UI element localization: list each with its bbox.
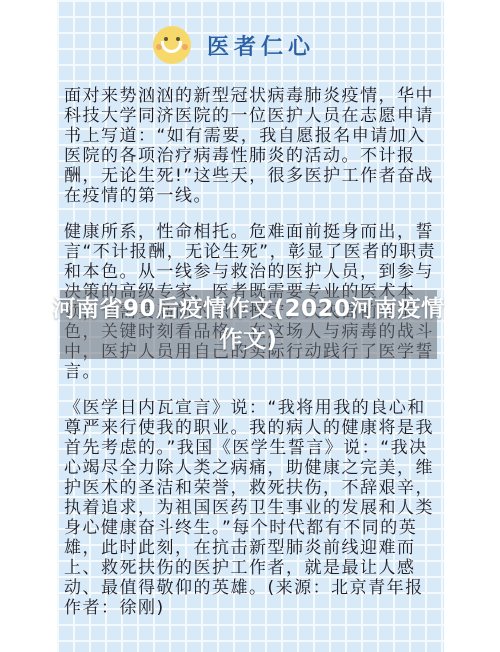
smiley-mouth xyxy=(161,41,182,53)
article-title: 医者仁心 xyxy=(207,30,315,61)
smiley-cheek-right xyxy=(182,44,188,50)
watermark-title-band: 河南省90后疫情作文(2020河南疫情 作文) xyxy=(60,290,437,359)
watermark-title-line-2: 作文) xyxy=(219,325,277,356)
paragraph-3: 《医学日内瓦宣言》说：“我将用我的良心和尊严来行使我的职业。我的病人的健康将是我… xyxy=(64,398,438,618)
paragraph-1: 面对来势汹汹的新型冠状病毒肺炎疫情，华中科技大学同济医院的一位医护人员在志愿申请… xyxy=(64,86,438,206)
article-header: 医者仁心 xyxy=(153,26,315,64)
article-body: 面对来势汹汹的新型冠状病毒肺炎疫情，华中科技大学同济医院的一位医护人员在志愿申请… xyxy=(64,86,438,634)
smiley-face-icon xyxy=(153,26,191,64)
watermark-title-line-1: 河南省90后疫情作文(2020河南疫情 xyxy=(52,294,444,325)
